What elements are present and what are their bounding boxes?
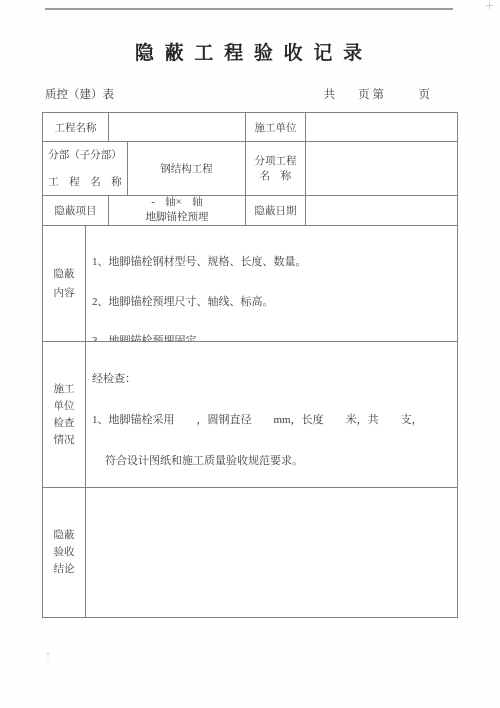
hidden-item-value: - 轴× 轴 地脚锚栓预埋 bbox=[108, 196, 245, 225]
table-row-hidden-item: 隐蔽项目 - 轴× 轴 地脚锚栓预埋 隐蔽日期 bbox=[43, 195, 457, 225]
hidden-item-value-line1: - 轴× 轴 bbox=[151, 196, 202, 211]
hidden-content-label: 隐蔽 内容 bbox=[43, 226, 85, 341]
document-page: 隐 蔽 工 程 验 收 记 录 质控（建）表 共 页 第 页 工程名称 施工单位… bbox=[0, 0, 500, 708]
table-row-conclusion: 隐蔽 验收 结论 bbox=[43, 487, 457, 617]
hidden-content-label-line1: 隐蔽 bbox=[54, 265, 75, 284]
table-row-hidden-content: 隐蔽 内容 1、地脚锚栓钢材型号、规格、长度、数量。 2、地脚锚栓预埋尺寸、轴线… bbox=[43, 225, 457, 341]
construction-unit-label: 施工单位 bbox=[245, 113, 305, 141]
hidden-item-label: 隐蔽项目 bbox=[43, 196, 108, 225]
inspection-line: 1、地脚锚栓采用 ，圆钢直径 mm，长度 米，共 支， bbox=[92, 412, 449, 429]
conclusion-value bbox=[85, 488, 457, 617]
page-counter: 共 页 第 页 bbox=[324, 88, 454, 103]
inspection-label-line4: 情况 bbox=[54, 432, 75, 449]
conclusion-label-line3: 结论 bbox=[54, 561, 75, 578]
inspection-line: 经检查： bbox=[92, 371, 449, 388]
inspection-label-line3: 检查 bbox=[54, 415, 75, 432]
acceptance-record-table: 工程名称 施工单位 分部（子分部） 工 程 名 称 钢结构工程 分项工程 名 称… bbox=[42, 112, 458, 618]
hidden-content-item: 3、地脚锚栓预埋固定。 bbox=[92, 334, 449, 341]
hidden-content-item: 2、地脚锚栓预埋尺寸、轴线、标高。 bbox=[92, 295, 449, 311]
hidden-content-label-line2: 内容 bbox=[54, 284, 75, 303]
subitem-label: 分项工程 名 称 bbox=[245, 142, 305, 195]
hidden-date-label: 隐蔽日期 bbox=[245, 196, 305, 225]
division-label-line2: 工 程 名 称 bbox=[48, 174, 122, 189]
hidden-content-item: 1、地脚锚栓钢材型号、规格、长度、数量。 bbox=[92, 255, 449, 271]
smudge-artifact bbox=[46, 651, 50, 661]
conclusion-label: 隐蔽 验收 结论 bbox=[43, 488, 85, 617]
construction-unit-value bbox=[305, 113, 457, 141]
project-name-value bbox=[108, 113, 245, 141]
division-value: 钢结构工程 bbox=[127, 142, 245, 195]
hidden-content-text: 1、地脚锚栓钢材型号、规格、长度、数量。 2、地脚锚栓预埋尺寸、轴线、标高。 3… bbox=[85, 226, 457, 341]
table-row-division: 分部（子分部） 工 程 名 称 钢结构工程 分项工程 名 称 bbox=[43, 141, 457, 195]
form-code-label: 质控（建）表 bbox=[45, 88, 114, 103]
inspection-label-line1: 施工 bbox=[54, 381, 75, 398]
subitem-label-line1: 分项工程 bbox=[255, 154, 297, 169]
inspection-text: 经检查： 1、地脚锚栓采用 ，圆钢直径 mm，长度 米，共 支， 符合设计图纸和… bbox=[85, 342, 457, 487]
page-title: 隐 蔽 工 程 验 收 记 录 bbox=[0, 41, 500, 67]
scan-artifact-top-right bbox=[486, 2, 493, 9]
subitem-value bbox=[305, 142, 457, 195]
hidden-date-value bbox=[305, 196, 457, 225]
table-row-project: 工程名称 施工单位 bbox=[43, 113, 457, 141]
subheader-row: 质控（建）表 共 页 第 页 bbox=[45, 88, 454, 103]
inspection-label: 施工 单位 检查 情况 bbox=[43, 342, 85, 487]
inspection-label-line2: 单位 bbox=[54, 398, 75, 415]
conclusion-label-line2: 验收 bbox=[54, 544, 75, 561]
hidden-item-value-line2: 地脚锚栓预埋 bbox=[146, 211, 209, 226]
inspection-line: 符合设计图纸和施工质量验收规范要求。 bbox=[92, 453, 449, 470]
table-row-inspection: 施工 单位 检查 情况 经检查： 1、地脚锚栓采用 ，圆钢直径 mm，长度 米，… bbox=[43, 341, 457, 487]
project-name-label: 工程名称 bbox=[43, 113, 108, 141]
subitem-label-line2: 名 称 bbox=[260, 169, 292, 184]
page-top-rule bbox=[45, 8, 453, 10]
division-label-line1: 分部（子分部） bbox=[48, 147, 122, 162]
conclusion-label-line1: 隐蔽 bbox=[54, 527, 75, 544]
division-label: 分部（子分部） 工 程 名 称 bbox=[43, 142, 127, 195]
